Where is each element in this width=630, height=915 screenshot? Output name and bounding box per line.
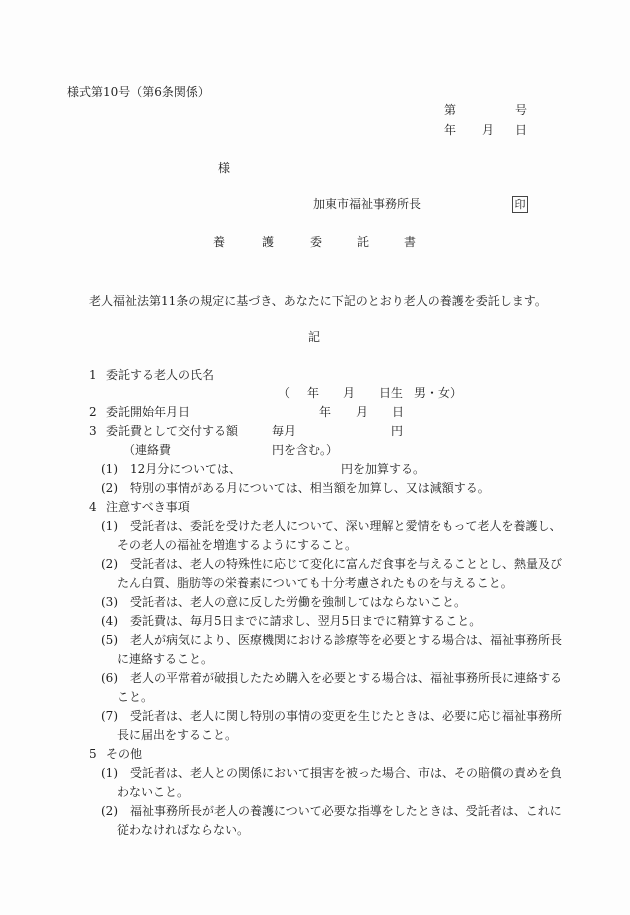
issue-date-month: 月	[482, 124, 494, 136]
seal-stamp-mark: 印	[512, 196, 528, 213]
subitem-text-cont: に連絡すること。	[117, 653, 213, 665]
subitem-text: 受託者は、老人に関し特別の事情の変更を生じたときは、必要に応じ福祉事務所	[130, 710, 562, 722]
doc-number-prefix: 第	[444, 104, 456, 116]
subitem-text: 福祉事務所長が老人の養護について必要な指導をしたときは、受託者は、これに	[130, 805, 562, 817]
ki-heading: 記	[308, 331, 320, 343]
item-number: 3	[89, 425, 97, 437]
subitem-text: 老人が病気により、医療機関における診療等を必要とする場合は、福祉事務所長	[130, 634, 562, 646]
item-number: 4	[89, 501, 97, 513]
title-char: 養	[213, 236, 225, 248]
fee-yen: 円	[391, 425, 403, 437]
subitem-text: 特別の事情がある月については、相当額を加算し、又は減額する。	[130, 482, 490, 494]
start-month: 月	[356, 406, 368, 418]
item-number: 2	[89, 406, 97, 418]
subitem-text: 受託者は、老人の特殊性に応じて変化に富んだ食事を与えることとし、熱量及び	[130, 558, 562, 570]
subitem-number: (1)	[101, 463, 118, 475]
subitem-number: (6)	[101, 672, 118, 684]
item-label-start-date: 委託開始年月日	[106, 406, 190, 418]
item-label-other: その他	[106, 748, 142, 760]
title-char: 護	[262, 236, 274, 248]
recipient-honorific: 様	[218, 162, 230, 174]
subitem-text: 委託費は、毎月5日までに請求し、翌月5日までに精算すること。	[130, 615, 481, 627]
start-day: 日	[392, 406, 404, 418]
subitem-number: (1)	[101, 520, 118, 532]
intro-paragraph: 老人福祉法第11条の規定に基づき、あなたに下記のとおり老人の養護を委託します。	[89, 295, 547, 307]
liaison-fee-close: 円を含む。）	[272, 444, 338, 456]
item-label-fee: 委託費として交付する額	[106, 425, 238, 437]
subitem-text: 円を加算する。	[341, 463, 425, 475]
title-char: 託	[357, 236, 369, 248]
item-number: 5	[89, 748, 97, 760]
title-char: 委	[310, 236, 322, 248]
subitem-number: (1)	[101, 767, 118, 779]
start-year: 年	[319, 406, 331, 418]
subitem-text-cont: 長に届出をすること。	[117, 729, 237, 741]
subitem-number: (7)	[101, 710, 118, 722]
sex-choice: 男・女）	[414, 387, 462, 399]
subitem-number: (3)	[101, 596, 118, 608]
item-number: 1	[89, 369, 97, 381]
birth-month: 月	[343, 387, 355, 399]
subitem-text: 受託者は、老人との関係において損害を被った場合、市は、その賠償の責めを負	[130, 767, 562, 779]
issue-date-year: 年	[444, 124, 456, 136]
subitem-text-cont: 従わなければならない。	[117, 824, 249, 836]
subitem-number: (2)	[101, 558, 118, 570]
subitem-number: (5)	[101, 634, 118, 646]
subitem-number: (2)	[101, 482, 118, 494]
subitem-text-cont: その老人の福祉を増進するようにすること。	[117, 539, 357, 551]
subitem-text: 受託者は、老人の意に反した労働を強制してはならないこと。	[130, 596, 466, 608]
item-label-elder-name: 委託する老人の氏名	[106, 369, 214, 381]
doc-number-suffix: 号	[515, 104, 527, 116]
subitem-text: 受託者は、委託を受けた老人について、深い理解と愛情をもって老人を養護し、	[130, 520, 562, 532]
issue-date-day: 日	[515, 124, 527, 136]
birth-year: 年	[307, 387, 319, 399]
form-number-label: 様式第10号（第6条関係）	[67, 86, 210, 98]
item-label-notes: 注意すべき事項	[106, 501, 190, 513]
subitem-text: 老人の平常着が破損したため購入を必要とする場合は、福祉事務所長に連絡する	[130, 672, 562, 684]
birth-open-paren: （	[278, 387, 290, 399]
subitem-text-cont: たん白質、脂肪等の栄養素についても十分考慮されたものを与えること。	[117, 577, 513, 589]
birth-day-born: 日生	[379, 387, 403, 399]
fee-monthly: 毎月	[272, 425, 296, 437]
subitem-number: (2)	[101, 805, 118, 817]
subitem-text-cont: わないこと。	[117, 786, 189, 798]
subitem-text-cont: こと。	[117, 691, 153, 703]
title-char: 書	[404, 236, 416, 248]
issuer-name: 加東市福祉事務所長	[313, 198, 421, 210]
subitem-text: 12月分については、	[130, 463, 241, 475]
subitem-number: (4)	[101, 615, 118, 627]
liaison-fee-open: （連絡費	[123, 444, 171, 456]
